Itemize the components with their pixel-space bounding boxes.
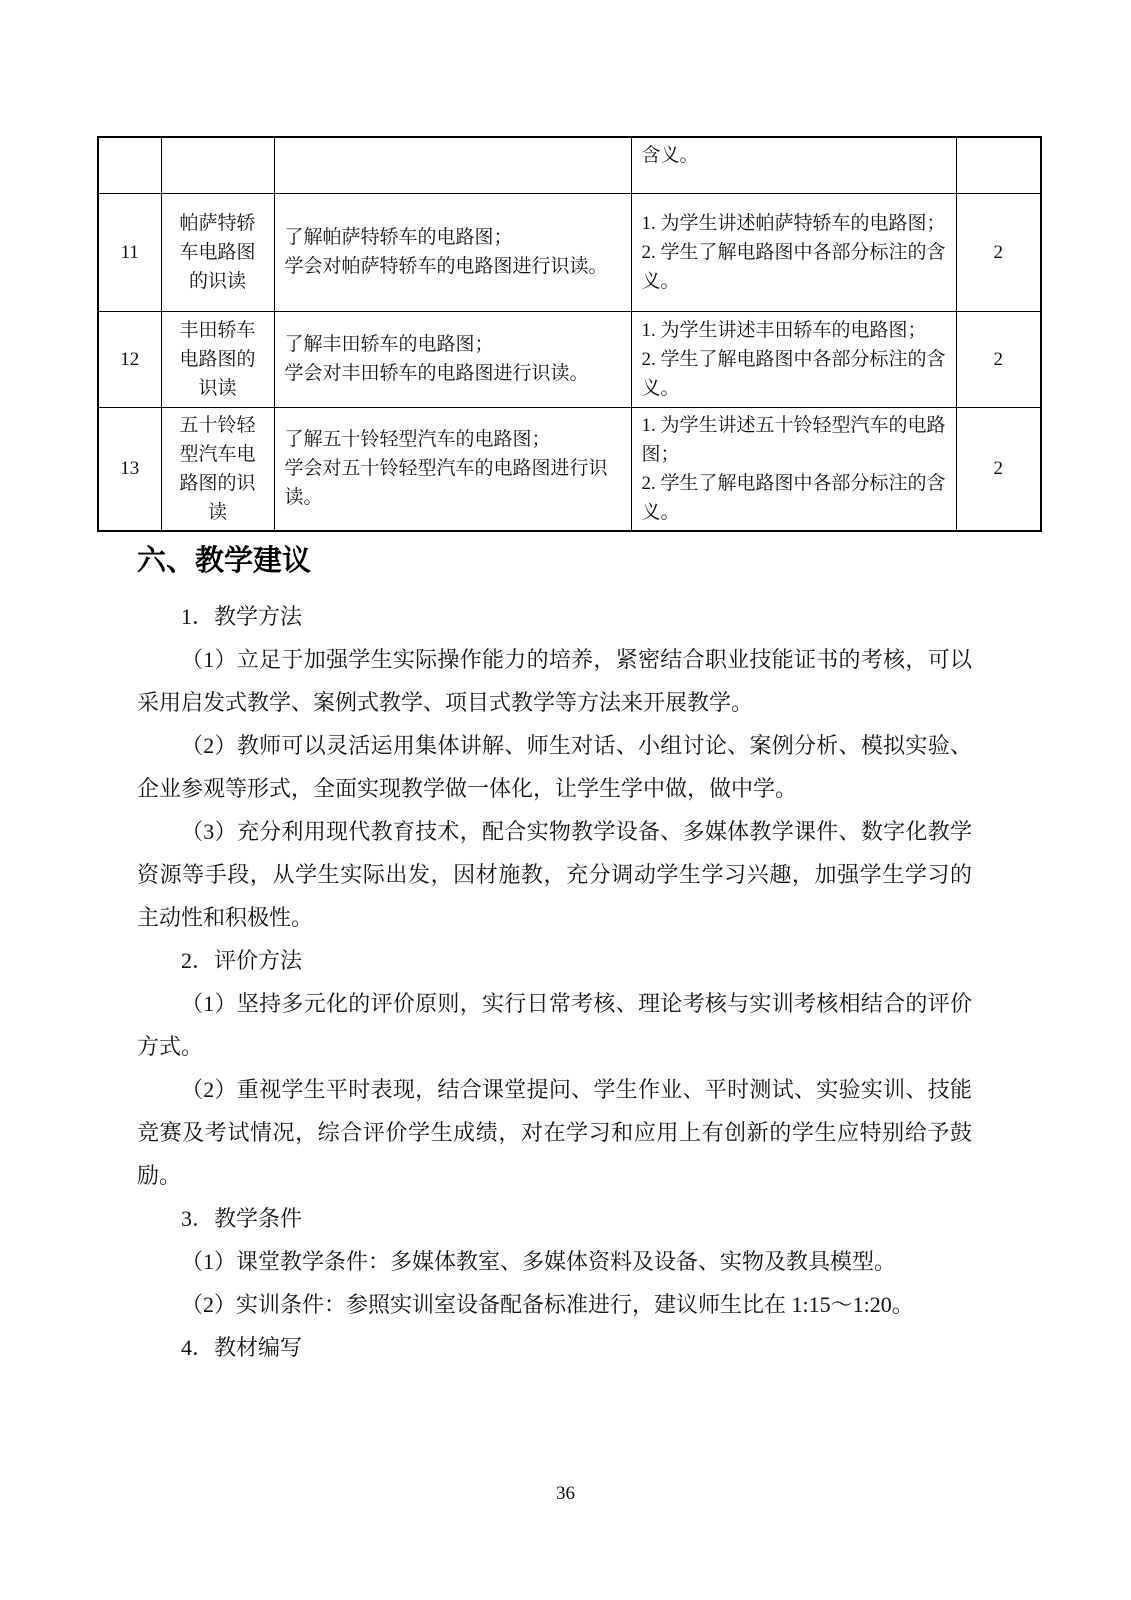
section-heading: 六、教学建议 — [137, 541, 972, 581]
cell-teaching-requirements: 了解五十铃轻型汽车的电路图； 学会对五十铃轻型汽车的电路图进行识读。 — [274, 407, 631, 531]
document-page: { "table": { "rows": [ { "no": "", "titl… — [0, 0, 1131, 1600]
cell-lesson-number: 13 — [98, 407, 161, 531]
cell-lesson-title: 帕萨特轿 车电路图 的识读 — [161, 193, 274, 311]
cell-lesson-number — [98, 137, 161, 193]
table-row-12: 12 丰田轿车 电路图的 识读 了解丰田轿车的电路图； 学会对丰田轿车的电路图进… — [98, 311, 1041, 407]
section-teaching-suggestions: 六、教学建议 1．教学方法 （1）立足于加强学生实际操作能力的培养，紧密结合职业… — [137, 541, 972, 1369]
cell-lesson-title: 五十铃轻 型汽车电 路图的识 读 — [161, 407, 274, 531]
cell-hours: 2 — [956, 311, 1041, 407]
cell-teaching-requirements — [274, 137, 631, 193]
cell-lesson-title: 丰田轿车 电路图的 识读 — [161, 311, 274, 407]
cell-lesson-title — [161, 137, 274, 193]
cell-lesson-number: 12 — [98, 311, 161, 407]
table-row-13: 13 五十铃轻 型汽车电 路图的识 读 了解五十铃轻型汽车的电路图； 学会对五十… — [98, 407, 1041, 531]
paragraph: （1）立足于加强学生实际操作能力的培养，紧密结合职业技能证书的考核，可以采用启发… — [137, 638, 972, 724]
table-row-carryover: 含义。 — [98, 137, 1041, 193]
cell-teaching-content: 1. 为学生讲述五十铃轻型汽车的电路图； 2. 学生了解电路图中各部分标注的含义… — [631, 407, 956, 531]
cell-hours: 2 — [956, 407, 1041, 531]
page-number: 36 — [0, 1483, 1131, 1505]
paragraph: （1）课堂教学条件：多媒体教室、多媒体资料及设备、实物及教具模型。 — [137, 1240, 972, 1283]
paragraph: （2）教师可以灵活运用集体讲解、师生对话、小组讨论、案例分析、模拟实验、企业参观… — [137, 724, 972, 810]
paragraph-teaching-methods-title: 1．教学方法 — [137, 595, 972, 638]
paragraph: （1）坚持多元化的评价原则，实行日常考核、理论考核与实训考核相结合的评价方式。 — [137, 982, 972, 1068]
cell-teaching-content: 1. 为学生讲述丰田轿车的电路图； 2. 学生了解电路图中各部分标注的含义。 — [631, 311, 956, 407]
syllabus-table: 含义。 11 帕萨特轿 车电路图 的识读 了解帕萨特轿车的电路图； 学会对帕萨特… — [97, 136, 1042, 532]
paragraph-textbook-writing-title: 4．教材编写 — [137, 1326, 972, 1369]
cell-lesson-number: 11 — [98, 193, 161, 311]
cell-teaching-requirements: 了解丰田轿车的电路图； 学会对丰田轿车的电路图进行识读。 — [274, 311, 631, 407]
cell-teaching-content: 1. 为学生讲述帕萨特轿车的电路图； 2. 学生了解电路图中各部分标注的含义。 — [631, 193, 956, 311]
cell-teaching-requirements: 了解帕萨特轿车的电路图； 学会对帕萨特轿车的电路图进行识读。 — [274, 193, 631, 311]
paragraph-teaching-conditions-title: 3．教学条件 — [137, 1197, 972, 1240]
paragraph: （2）重视学生平时表现，结合课堂提问、学生作业、平时测试、实验实训、技能竞赛及考… — [137, 1068, 972, 1197]
paragraph: （2）实训条件：参照实训室设备配备标准进行，建议师生比在 1:15～1:20。 — [137, 1283, 972, 1326]
paragraph: （3）充分利用现代教育技术，配合实物教学设备、多媒体教学课件、数字化教学资源等手… — [137, 810, 972, 939]
cell-hours — [956, 137, 1041, 193]
cell-hours: 2 — [956, 193, 1041, 311]
cell-teaching-content: 含义。 — [631, 137, 956, 193]
paragraph-evaluation-methods-title: 2．评价方法 — [137, 939, 972, 982]
table-row-11: 11 帕萨特轿 车电路图 的识读 了解帕萨特轿车的电路图； 学会对帕萨特轿车的电… — [98, 193, 1041, 311]
